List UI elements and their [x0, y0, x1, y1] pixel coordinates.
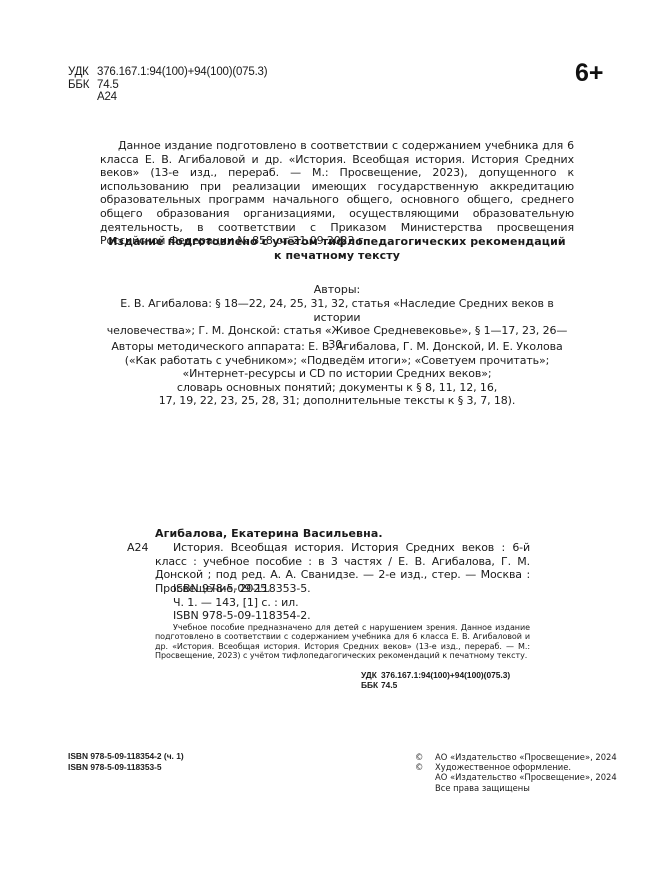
tiflo-line-1: Издание подготовлено с учётом тифлопедаг…	[100, 235, 574, 249]
method-line: 17, 19, 22, 23, 25, 28, 31; дополнительн…	[100, 394, 574, 408]
card-bbk-value: 74.5	[381, 680, 397, 690]
tiflo-line-2: к печатному тексту	[100, 249, 574, 263]
card-note: Учебное пособие предназначено для детей …	[155, 623, 530, 661]
card-udk-label: УДК	[361, 670, 381, 680]
copyright-line: Художественное оформление.	[435, 762, 571, 772]
authors-line-1: Е. В. Агибалова: § 18—22, 24, 25, 31, 32…	[100, 297, 574, 324]
isbn-line: ISBN 978-5-09-118353-5	[68, 762, 184, 773]
method-authors: Авторы методического аппарата: Е. В. Аги…	[100, 340, 574, 408]
card-bbk-label: ББК	[361, 680, 381, 690]
method-line: («Как работать с учебником»; «Подведём и…	[100, 354, 574, 368]
card-author: Агибалова, Екатерина Васильевна.	[155, 527, 383, 541]
method-line: Авторы методического аппарата: Е. В. Аги…	[100, 340, 574, 354]
intro-paragraph: Данное издание подготовлено в соответств…	[100, 139, 574, 248]
age-rating: 6+	[575, 60, 604, 86]
card-part: Ч. 1. — 143, [1] с. : ил.	[173, 596, 311, 610]
card-mark: А24	[127, 541, 149, 555]
bbk-value: 74.5	[97, 79, 119, 92]
copyright-icon: ©	[415, 762, 435, 772]
udk-value: 376.167.1:94(100)+94(100)(075.3)	[97, 66, 267, 79]
isbn-block: ISBN 978-5-09-118354-2 (ч. 1) ISBN 978-5…	[68, 751, 184, 772]
udk-block: УДК376.167.1:94(100)+94(100)(075.3) ББК7…	[68, 66, 267, 104]
copyright-block: ©АО «Издательство «Просвещение», 2024 ©Х…	[415, 752, 617, 793]
copyright-line: АО «Издательство «Просвещение», 2024	[435, 772, 617, 782]
method-line: «Интернет-ресурсы и CD по истории Средни…	[100, 367, 574, 381]
isbn-line: ISBN 978-5-09-118354-2 (ч. 1)	[68, 751, 184, 762]
card-details: ISBN 978-5-09-118353-5. Ч. 1. — 143, [1]…	[173, 582, 311, 623]
card-udk-value: 376.167.1:94(100)+94(100)(075.3)	[381, 670, 510, 680]
tiflo-notice: Издание подготовлено с учётом тифлопедаг…	[100, 235, 574, 262]
copyright-line: АО «Издательство «Просвещение», 2024	[435, 752, 617, 762]
card-udk-block: УДК376.167.1:94(100)+94(100)(075.3) ББК7…	[361, 670, 510, 690]
author-mark: А24	[97, 91, 117, 104]
udk-label: УДК	[68, 66, 97, 79]
method-line: словарь основных понятий; документы к § …	[100, 381, 574, 395]
card-isbn-set: ISBN 978-5-09-118353-5.	[173, 582, 311, 596]
copyright-line: Все права защищены	[435, 783, 530, 793]
copyright-icon: ©	[415, 752, 435, 762]
bbk-label: ББК	[68, 79, 97, 92]
authors-title: Авторы:	[100, 283, 574, 297]
card-isbn-part: ISBN 978-5-09-118354-2.	[173, 609, 311, 623]
